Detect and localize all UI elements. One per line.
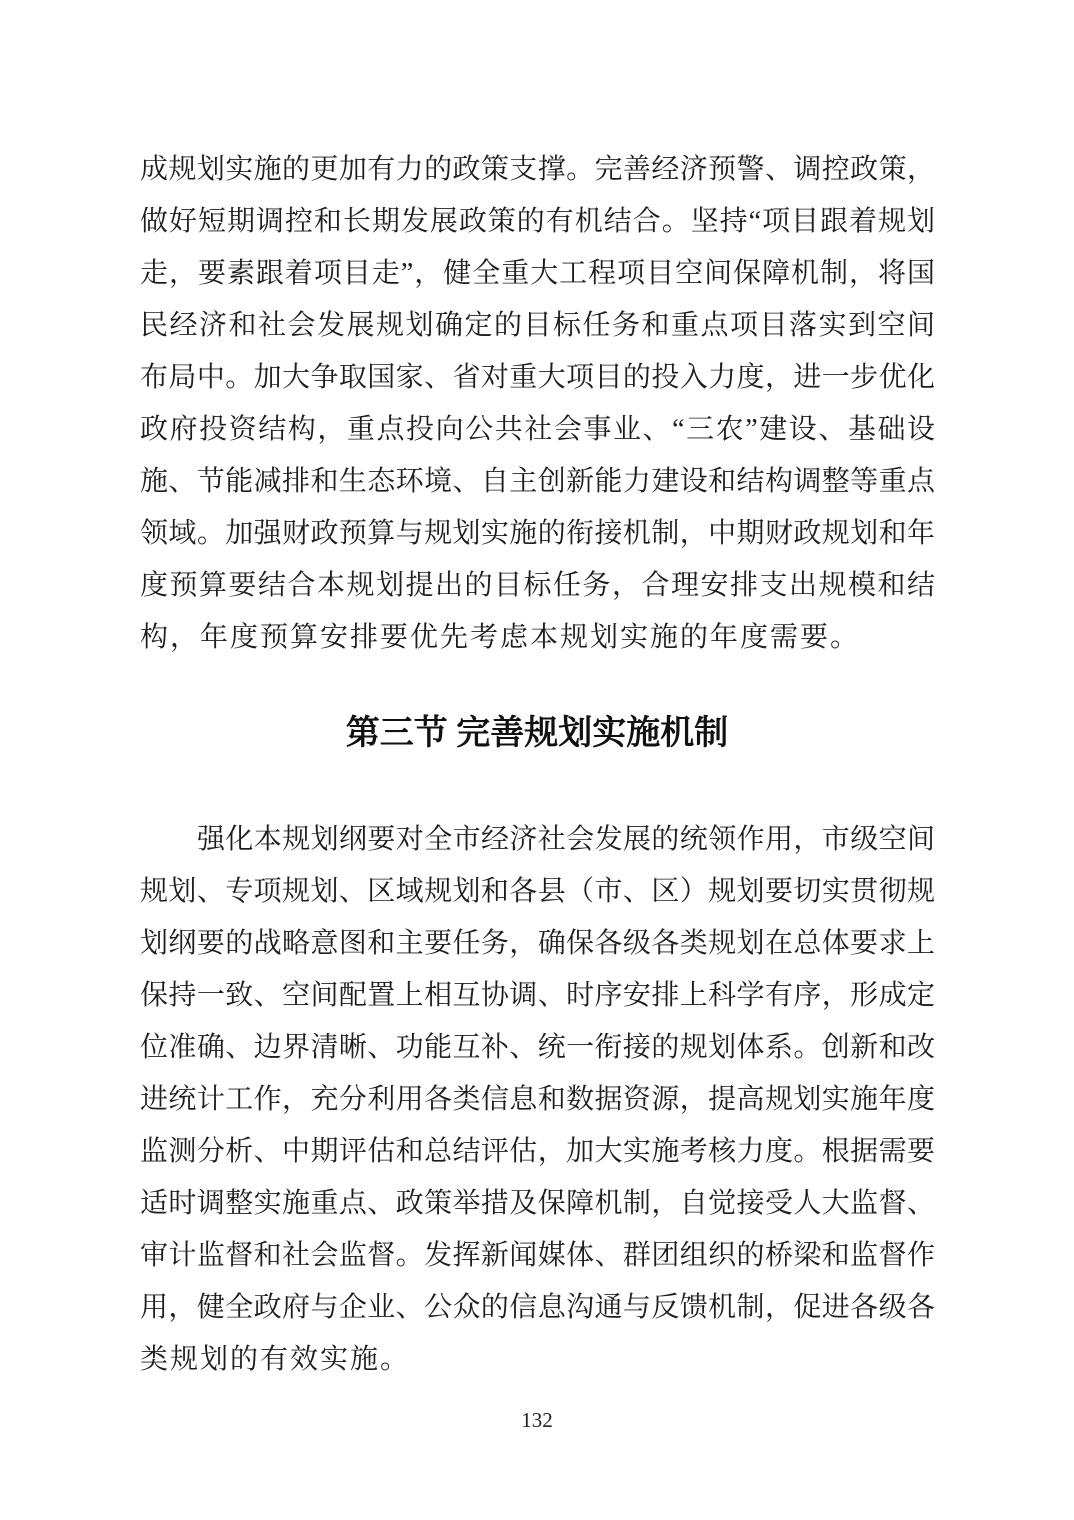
- text-line: 保持一致、空间配置上相互协调、时序安排上科学有序，形成定: [140, 970, 935, 1022]
- text-line: 度预算要结合本规划提出的目标任务，合理安排支出规模和结: [140, 560, 935, 612]
- text-line: 施、节能减排和生态环境、自主创新能力建设和结构调整等重点: [140, 456, 935, 508]
- section-heading: 第三节 完善规划实施机制: [0, 703, 1074, 765]
- text-line: 进统计工作，充分利用各类信息和数据资源，提高规划实施年度: [140, 1074, 935, 1126]
- text-line: 布局中。加大争取国家、省对重大项目的投入力度，进一步优化: [140, 352, 935, 404]
- text-line: 强化本规划纲要对全市经济社会发展的统领作用，市级空间: [140, 814, 935, 866]
- paragraph-planning-mechanism: 强化本规划纲要对全市经济社会发展的统领作用，市级空间 规划、专项规划、区域规划和…: [140, 814, 935, 1386]
- text-line: 监测分析、中期评估和总结评估，加大实施考核力度。根据需要: [140, 1126, 935, 1178]
- paragraph-fiscal-policy: 成规划实施的更加有力的政策支撑。完善经济预警、调控政策， 做好短期调控和长期发展…: [140, 144, 935, 664]
- text-line: 领域。加强财政预算与规划实施的衔接机制，中期财政规划和年: [140, 508, 935, 560]
- text-line: 构，年度预算安排要优先考虑本规划实施的年度需要。: [140, 612, 935, 664]
- document-page: 成规划实施的更加有力的政策支撑。完善经济预警、调控政策， 做好短期调控和长期发展…: [0, 0, 1074, 1520]
- text-line: 用，健全政府与企业、公众的信息沟通与反馈机制，促进各级各: [140, 1282, 935, 1334]
- text-line: 类规划的有效实施。: [140, 1334, 935, 1386]
- text-line: 政府投资结构，重点投向公共社会事业、“三农”建设、基础设: [140, 404, 935, 456]
- text-line: 审计监督和社会监督。发挥新闻媒体、群团组织的桥梁和监督作: [140, 1230, 935, 1282]
- text-line: 适时调整实施重点、政策举措及保障机制，自觉接受人大监督、: [140, 1178, 935, 1230]
- text-line: 走，要素跟着项目走”，健全重大工程项目空间保障机制，将国: [140, 248, 935, 300]
- page-number: 132: [0, 1402, 1074, 1438]
- text-line: 做好短期调控和长期发展政策的有机结合。坚持“项目跟着规划: [140, 196, 935, 248]
- text-line: 成规划实施的更加有力的政策支撑。完善经济预警、调控政策，: [140, 144, 935, 196]
- text-line: 位准确、边界清晰、功能互补、统一衔接的规划体系。创新和改: [140, 1022, 935, 1074]
- text-line: 划纲要的战略意图和主要任务，确保各级各类规划在总体要求上: [140, 918, 935, 970]
- text-line: 规划、专项规划、区域规划和各县（市、区）规划要切实贯彻规: [140, 866, 935, 918]
- text-line: 民经济和社会发展规划确定的目标任务和重点项目落实到空间: [140, 300, 935, 352]
